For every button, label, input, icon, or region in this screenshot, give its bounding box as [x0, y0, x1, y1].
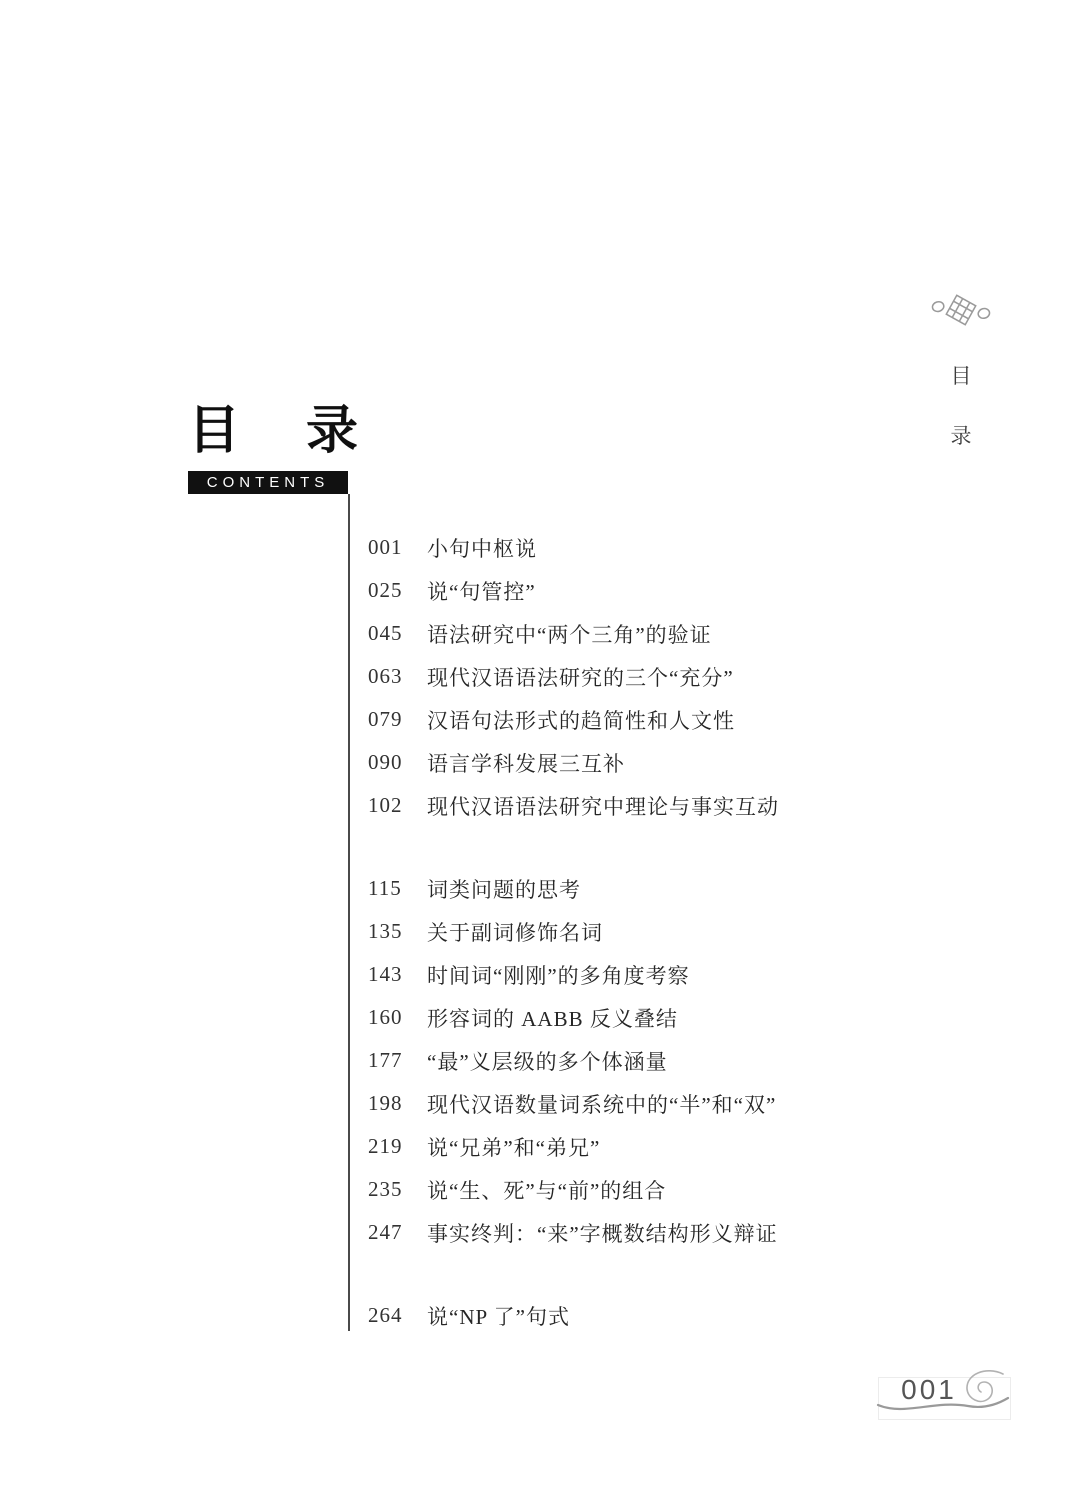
toc-entry: 090语言学科发展三互补 [368, 741, 779, 784]
toc-entry-page-number: 143 [368, 962, 412, 987]
toc-entry-title: 说“句管控” [427, 576, 536, 606]
toc-entry: 063现代汉语语法研究的三个“充分” [368, 655, 779, 698]
toc-entry: 160形容词的 AABB 反义叠结 [368, 996, 779, 1039]
toc-entry: 115词类问题的思考 [368, 867, 779, 910]
toc-entry-page-number: 079 [368, 707, 412, 732]
contents-subtitle-bar: CONTENTS [188, 471, 348, 494]
running-head-char-bottom: 录 [946, 420, 976, 450]
toc-entry: 079汉语句法形式的趋简性和人文性 [368, 698, 779, 741]
chinese-knot-icon [930, 288, 992, 332]
toc-entry-title: 说“兄弟”和“弟兄” [427, 1132, 600, 1162]
toc-entry-title: “最”义层级的多个体涵量 [427, 1046, 668, 1076]
toc-entry: 198现代汉语数量词系统中的“半”和“双” [368, 1082, 779, 1125]
title-char-left: 目 [188, 405, 240, 457]
toc-list: 001小句中枢说025说“句管控”045语法研究中“两个三角”的验证063现代汉… [368, 526, 779, 1337]
toc-entry-title: 时间词“刚刚”的多角度考察 [427, 960, 690, 990]
toc-page: 目 录 目 录 CONTENTS 001小句中枢说025说“句管控”045语法研… [0, 0, 1080, 1507]
toc-entry: 177“最”义层级的多个体涵量 [368, 1039, 779, 1082]
toc-entry-title: 语言学科发展三互补 [427, 748, 625, 778]
toc-entry-title: 汉语句法形式的趋简性和人文性 [427, 705, 735, 735]
toc-entry: 264说“NP 了”句式 [368, 1294, 779, 1337]
toc-entry: 102现代汉语语法研究中理论与事实互动 [368, 784, 779, 827]
toc-entry-page-number: 063 [368, 664, 412, 689]
toc-entry-title: 词类问题的思考 [427, 874, 581, 904]
toc-entry-title: 形容词的 AABB 反义叠结 [427, 1003, 678, 1033]
toc-entry-title: 现代汉语语法研究的三个“充分” [427, 662, 734, 692]
toc-entry: 235说“生、死”与“前”的组合 [368, 1168, 779, 1211]
toc-entry: 247事实终判：“来”字概数结构形义辩证 [368, 1211, 779, 1254]
toc-entry: 143时间词“刚刚”的多角度考察 [368, 953, 779, 996]
toc-entry-page-number: 198 [368, 1091, 412, 1116]
toc-entry-page-number: 177 [368, 1048, 412, 1073]
running-head-char-top: 目 [946, 360, 976, 390]
wave-flourish-icon [876, 1396, 1010, 1420]
toc-entry-page-number: 102 [368, 793, 412, 818]
toc-entry-title: 事实终判：“来”字概数结构形义辩证 [427, 1218, 778, 1248]
toc-entry-title: 现代汉语数量词系统中的“半”和“双” [427, 1089, 776, 1119]
page-title: 目 录 [188, 405, 358, 457]
toc-group: 115词类问题的思考135关于副词修饰名词143时间词“刚刚”的多角度考察160… [368, 867, 779, 1254]
toc-entry: 045语法研究中“两个三角”的验证 [368, 612, 779, 655]
divider-line [348, 494, 350, 1331]
toc-entry-page-number: 235 [368, 1177, 412, 1202]
toc-entry-title: 语法研究中“两个三角”的验证 [427, 619, 712, 649]
toc-entry-page-number: 264 [368, 1303, 412, 1328]
toc-entry-title: 说“生、死”与“前”的组合 [427, 1175, 666, 1205]
toc-entry: 025说“句管控” [368, 569, 779, 612]
toc-entry: 135关于副词修饰名词 [368, 910, 779, 953]
toc-entry-page-number: 090 [368, 750, 412, 775]
toc-entry-page-number: 001 [368, 535, 412, 560]
toc-entry: 001小句中枢说 [368, 526, 779, 569]
toc-entry-page-number: 247 [368, 1220, 412, 1245]
toc-entry-page-number: 025 [368, 578, 412, 603]
toc-entry-page-number: 115 [368, 876, 412, 901]
toc-entry: 219说“兄弟”和“弟兄” [368, 1125, 779, 1168]
toc-group: 264说“NP 了”句式 [368, 1294, 779, 1337]
toc-entry-page-number: 045 [368, 621, 412, 646]
toc-entry-page-number: 219 [368, 1134, 412, 1159]
toc-entry-title: 说“NP 了”句式 [427, 1301, 570, 1331]
title-char-right: 录 [306, 405, 358, 457]
toc-group: 001小句中枢说025说“句管控”045语法研究中“两个三角”的验证063现代汉… [368, 526, 779, 827]
toc-entry-page-number: 160 [368, 1005, 412, 1030]
toc-entry-title: 小句中枢说 [427, 533, 537, 563]
toc-entry-page-number: 135 [368, 919, 412, 944]
toc-entry-title: 关于副词修饰名词 [427, 917, 603, 947]
toc-entry-title: 现代汉语语法研究中理论与事实互动 [427, 791, 779, 821]
